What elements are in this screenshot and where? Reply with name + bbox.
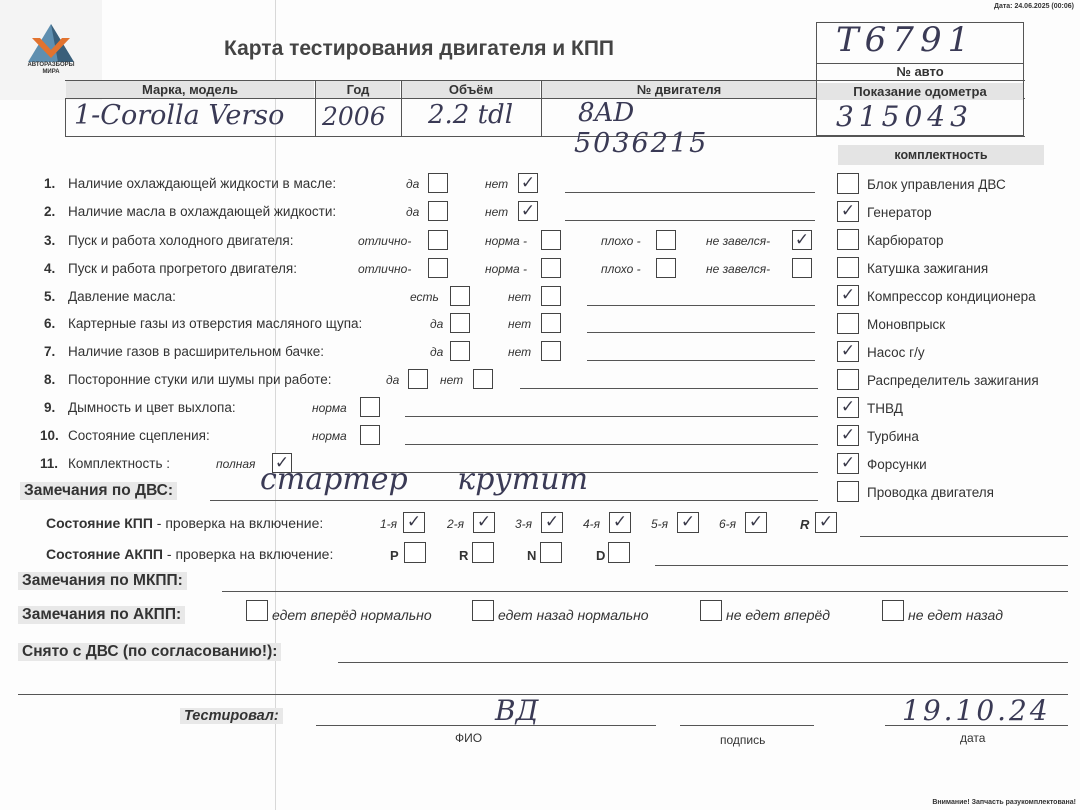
checkbox[interactable]	[541, 230, 561, 250]
option-label: нет	[440, 373, 463, 387]
completeness-label: Карбюратор	[867, 233, 944, 248]
completeness-label: Проводка двигателя	[867, 485, 994, 500]
option-label: да	[430, 345, 443, 359]
checkbox[interactable]	[540, 542, 562, 563]
option-label: отлично-	[358, 234, 411, 248]
check-mark-icon: ✓	[841, 453, 855, 473]
checkbox[interactable]	[541, 258, 561, 278]
akpp-label: Состояние АКПП - проверка на включение:	[46, 546, 333, 562]
akpp-position-label: P	[390, 548, 399, 563]
removed-label: Снято с ДВС (по согласованию!):	[18, 643, 281, 661]
print-date: Дата: 24.06.2025 (00:06)	[994, 3, 1074, 10]
completeness-label: Катушка зажигания	[867, 261, 988, 276]
gear-label: R	[800, 517, 809, 532]
check-number: 9.	[44, 400, 55, 415]
checkbox[interactable]	[656, 258, 676, 278]
check-number: 2.	[44, 204, 55, 219]
checkbox[interactable]: ✓	[837, 285, 859, 306]
checkbox[interactable]: ✓	[745, 512, 767, 533]
checkbox[interactable]	[541, 286, 561, 306]
gear-label: 4-я	[583, 517, 600, 531]
checkbox[interactable]	[656, 230, 676, 250]
check-label: Наличие охлаждающей жидкости в масле:	[68, 176, 336, 191]
akpp-remark-option: едет вперёд нормально	[272, 607, 432, 623]
checkbox[interactable]	[404, 542, 426, 563]
check-mark-icon: ✓	[545, 512, 559, 532]
notes-line[interactable]	[405, 416, 818, 417]
option-label: норма -	[485, 234, 527, 248]
check-number: 3.	[44, 233, 55, 248]
gear-label: 1-я	[380, 517, 397, 531]
check-mark-icon: ✓	[841, 425, 855, 445]
completeness-title: комплектность	[838, 145, 1044, 165]
gear-label: 5-я	[651, 517, 668, 531]
logo-mountain-icon	[28, 24, 74, 62]
check-label: Состояние сцепления:	[68, 428, 210, 443]
checkbox[interactable]: ✓	[609, 512, 631, 533]
notes-line[interactable]	[565, 192, 815, 193]
make-model-value[interactable]: 1-Corolla Verso	[74, 100, 284, 131]
checkbox[interactable]	[450, 341, 470, 361]
notes-line[interactable]	[587, 305, 815, 306]
check-number: 7.	[44, 344, 55, 359]
check-label: Пуск и работа холодного двигателя:	[68, 233, 294, 248]
checkbox[interactable]: ✓	[837, 341, 859, 362]
col-engine-no: № двигателя	[542, 81, 816, 98]
signature-field[interactable]	[680, 725, 814, 726]
check-label: Комплектность :	[68, 456, 170, 471]
checkbox[interactable]	[882, 600, 904, 621]
checkbox[interactable]	[408, 369, 428, 389]
tester-name-value[interactable]: ВД	[495, 694, 538, 727]
akpp-remark-option: не едет назад	[908, 607, 1003, 623]
akpp-remarks-label: Замечания по АКПП:	[18, 606, 185, 624]
check-label: Давление масла:	[68, 289, 176, 304]
option-label: плохо -	[601, 262, 641, 276]
akpp-position-label: N	[527, 548, 536, 563]
name-caption: ФИО	[455, 731, 482, 745]
col-make-model: Марка, модель	[66, 81, 314, 98]
checkbox[interactable]	[541, 341, 561, 361]
checkbox[interactable]	[837, 229, 859, 250]
engine-no-line2[interactable]: 5036215	[574, 128, 708, 159]
check-mark-icon: ✓	[841, 397, 855, 417]
checkbox[interactable]: ✓	[837, 201, 859, 222]
completeness-label: ТНВД	[867, 401, 903, 416]
check-number: 4.	[44, 261, 55, 276]
checkbox[interactable]	[472, 542, 494, 563]
checkbox[interactable]	[428, 173, 448, 193]
completeness-label: Блок управления ДВС	[867, 177, 1006, 192]
date-caption: дата	[960, 731, 985, 745]
option-label: полная	[216, 457, 255, 471]
checkbox[interactable]: ✓	[837, 425, 859, 446]
completeness-label: Компрессор кондиционера	[867, 289, 1036, 304]
odometer-value[interactable]: 315043	[836, 100, 973, 133]
check-mark-icon: ✓	[407, 512, 421, 532]
akpp-position-label: R	[459, 548, 468, 563]
check-label: Пуск и работа прогретого двигателя:	[68, 261, 297, 276]
gear-label: 2-я	[447, 517, 464, 531]
checkbox[interactable]: ✓	[541, 512, 563, 533]
auto-no-label: № авто	[817, 64, 1023, 79]
option-label: да	[406, 177, 419, 191]
checkbox[interactable]	[428, 201, 448, 221]
check-number: 5.	[44, 289, 55, 304]
checkbox[interactable]	[360, 425, 380, 445]
signature-caption: подпись	[720, 733, 765, 747]
checkbox[interactable]: ✓	[815, 512, 837, 533]
check-label: Посторонние стуки или шумы при работе:	[68, 372, 332, 387]
checkbox[interactable]: ✓	[837, 453, 859, 474]
checkbox[interactable]	[246, 600, 268, 621]
akpp-remark-option: не едет вперёд	[726, 607, 830, 623]
check-number: 8.	[44, 372, 55, 387]
mkpp-remarks-field[interactable]	[222, 591, 1068, 592]
check-mark-icon: ✓	[521, 201, 535, 221]
gear-label: 6-я	[719, 517, 736, 531]
checkbox[interactable]	[450, 313, 470, 333]
completeness-label: Форсунки	[867, 457, 927, 472]
logo-text: АВТОРАЗБОРЫ МИРА	[0, 62, 102, 76]
checkbox[interactable]	[472, 600, 494, 621]
year-value[interactable]: 2006	[322, 102, 386, 131]
completeness-label: Турбина	[867, 429, 919, 444]
checkbox[interactable]	[608, 542, 630, 563]
completeness-label: Моновпрыск	[867, 317, 945, 332]
notes-line[interactable]	[520, 388, 818, 389]
checkbox[interactable]	[837, 481, 859, 502]
checkbox[interactable]	[837, 313, 859, 334]
test-date-value[interactable]: 19.10.24	[902, 694, 1051, 727]
gear-label: 3-я	[515, 517, 532, 531]
option-label: нет	[485, 177, 508, 191]
odometer-label: Показание одометра	[817, 83, 1023, 100]
completeness-label: Насос г/у	[867, 345, 925, 360]
tested-label: Тестировал:	[180, 708, 283, 724]
check-label: Дымность и цвет выхлопа:	[68, 400, 236, 415]
option-label: нет	[485, 205, 508, 219]
check-mark-icon: ✓	[819, 512, 833, 532]
completeness-label: Генератор	[867, 205, 932, 220]
option-label: да	[430, 317, 443, 331]
checkbox[interactable]	[428, 230, 448, 250]
option-label: есть	[410, 290, 439, 304]
table-bottom-border	[65, 136, 1025, 137]
engine-no-line1[interactable]: 8AD	[578, 98, 634, 128]
option-label: отлично-	[358, 262, 411, 276]
volume-value[interactable]: 2.2 tdl	[428, 100, 513, 130]
check-mark-icon: ✓	[841, 341, 855, 361]
checkbox[interactable]: ✓	[518, 201, 538, 221]
checkbox[interactable]	[837, 369, 859, 390]
checkbox[interactable]	[450, 286, 470, 306]
engine-remarks-label: Замечания по ДВС:	[20, 482, 177, 500]
check-mark-icon: ✓	[681, 512, 695, 532]
check-label: Наличие масла в охлаждающей жидкости:	[68, 204, 336, 219]
notes-line[interactable]	[587, 360, 815, 361]
checkbox[interactable]: ✓	[473, 512, 495, 533]
check-mark-icon: ✓	[613, 512, 627, 532]
checkbox[interactable]: ✓	[792, 230, 812, 250]
checkbox[interactable]	[428, 258, 448, 278]
akpp-position-label: D	[596, 548, 605, 563]
notes-line[interactable]	[405, 444, 818, 445]
col-volume: Объём	[402, 81, 540, 98]
option-label: норма -	[485, 262, 527, 276]
check-mark-icon: ✓	[795, 230, 809, 250]
col-year: Год	[316, 81, 400, 98]
check-mark-icon: ✓	[841, 201, 855, 221]
notes-line[interactable]	[565, 220, 815, 221]
check-mark-icon: ✓	[477, 512, 491, 532]
checkbox[interactable]	[837, 257, 859, 278]
check-mark-icon: ✓	[749, 512, 763, 532]
akpp-remark-option: едет назад нормально	[498, 607, 649, 623]
option-label: норма	[312, 429, 347, 443]
option-label: плохо -	[601, 234, 641, 248]
checkbox[interactable]	[360, 397, 380, 417]
checkbox[interactable]	[837, 173, 859, 194]
auto-no-value[interactable]: T6791	[836, 20, 975, 60]
check-mark-icon: ✓	[521, 173, 535, 193]
option-label: нет	[508, 345, 531, 359]
option-label: не завелся-	[706, 262, 770, 276]
option-label: да	[406, 205, 419, 219]
option-label: не завелся-	[706, 234, 770, 248]
check-number: 10.	[40, 428, 59, 443]
checkbox[interactable]: ✓	[677, 512, 699, 533]
checkbox[interactable]: ✓	[403, 512, 425, 533]
check-number: 6.	[44, 316, 55, 331]
mkpp-remarks-label: Замечания по МКПП:	[18, 572, 187, 590]
completeness-label: Распределитель зажигания	[867, 373, 1039, 388]
option-label: да	[386, 373, 399, 387]
check-label: Наличие газов в расширительном бачке:	[68, 344, 324, 359]
notes-line[interactable]	[587, 332, 815, 333]
check-mark-icon: ✓	[841, 285, 855, 305]
footer-warning: Внимание! Запчасть разукомплектована!	[932, 799, 1076, 806]
kpp-label: Состояние КПП - проверка на включение:	[46, 515, 323, 531]
checkbox[interactable]	[473, 369, 493, 389]
option-label: норма	[312, 401, 347, 415]
checkbox[interactable]	[700, 600, 722, 621]
checkbox[interactable]	[792, 258, 812, 278]
checkbox[interactable]: ✓	[837, 397, 859, 418]
page-title: Карта тестирования двигателя и КПП	[224, 37, 614, 61]
option-label: нет	[508, 290, 531, 304]
checkbox[interactable]	[541, 313, 561, 333]
check-number: 11.	[40, 456, 58, 471]
check-number: 1.	[44, 176, 55, 191]
check-label: Картерные газы из отверстия масляного щу…	[68, 316, 362, 331]
checkbox[interactable]: ✓	[518, 173, 538, 193]
option-label: нет	[508, 317, 531, 331]
removed-field[interactable]	[338, 662, 1068, 663]
engine-remarks-value[interactable]: стартер крутит	[260, 462, 588, 497]
